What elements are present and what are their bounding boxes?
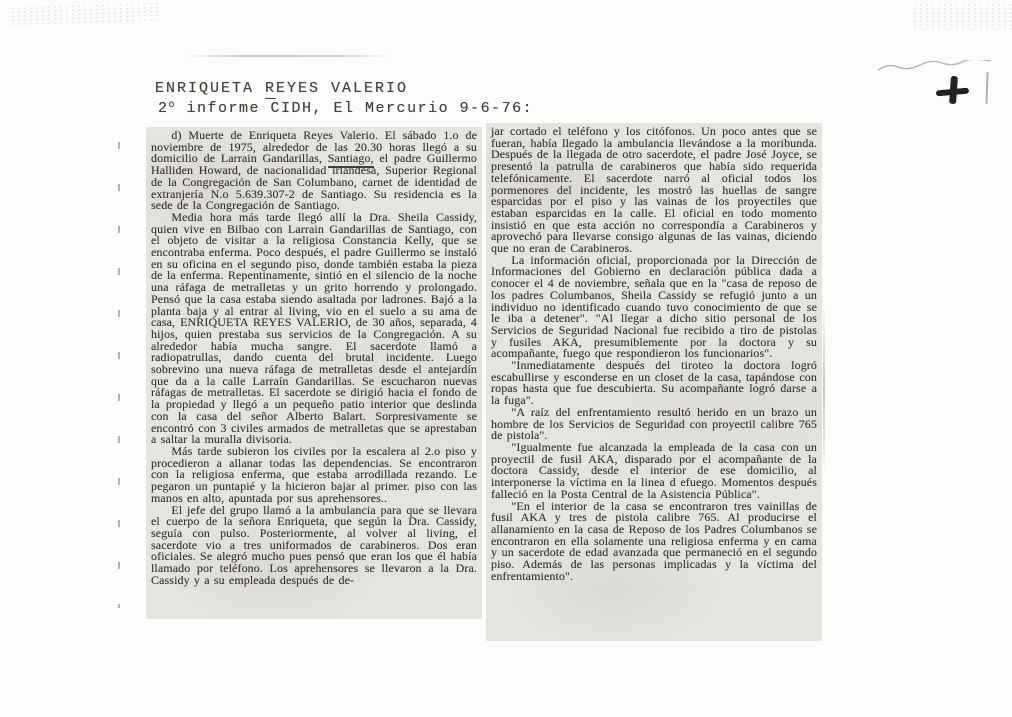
clipping-fold-dashed-line [118, 142, 120, 608]
subtitle-text: informe CIDH, El Mercurio 9-6-76: [176, 100, 533, 117]
subtitle-ordinal: o [169, 100, 177, 111]
article-paragraph: jar cortado el teléfono y los citófonos.… [491, 126, 817, 255]
clipping-left-column: d) Muerte de Enriqueta Reyes Valerio. El… [146, 127, 482, 619]
article-paragraph: Más tarde subieron los civiles por la es… [151, 446, 477, 505]
title-text-pre: ENRIQUETA [155, 80, 265, 97]
document-title: ENRIQUETA REYES VALERIO [155, 80, 408, 97]
article-paragraph: El jefe del grupo llamó a la ambulancia … [151, 505, 477, 587]
scan-edge-streak [823, 300, 825, 480]
title-underlined-letter: R [265, 80, 276, 99]
article-paragraph: "Inmediatamente después del tiroteo la d… [491, 360, 817, 407]
scanned-document-page: ENRIQUETA REYES VALERIO 2o informe CIDH,… [0, 0, 1012, 717]
clipping-right-column: jar cortado el teléfono y los citófonos.… [486, 123, 822, 641]
scan-tick-mark [985, 72, 988, 104]
scan-noise-top-left [10, 1, 161, 26]
article-paragraph: "Igualmente fue alcanzada la empleada de… [491, 442, 817, 501]
article-paragraph: "En el interior de la casa se encontraro… [491, 501, 817, 583]
pen-squiggle-artifact [876, 60, 994, 76]
scan-smudge-line [182, 55, 394, 57]
article-paragraph: d) Muerte de Enriqueta Reyes Valerio. El… [151, 130, 477, 212]
article-paragraph: La información oficial, proporcionada po… [491, 255, 817, 360]
hand-drawn-cross-mark-icon [935, 76, 987, 110]
scan-noise-top-right [912, 3, 1012, 29]
title-text-post: EYES VALERIO [276, 80, 408, 97]
document-subtitle: 2o informe CIDH, El Mercurio 9-6-76: [158, 100, 533, 117]
cross-vertical-bar [949, 76, 958, 104]
article-paragraph: Media hora más tarde llegó allí la Dra. … [151, 212, 477, 446]
article-paragraph: "A raíz del enfrentamiento resultó herid… [491, 407, 817, 442]
subtitle-number: 2 [158, 100, 169, 117]
